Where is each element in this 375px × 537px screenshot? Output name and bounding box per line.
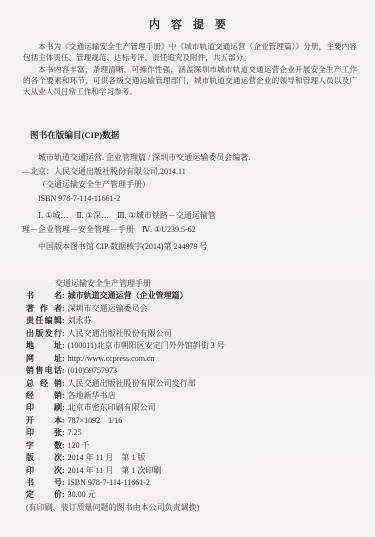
colophon-row-format: 开本:787×1092 1/16	[26, 415, 356, 427]
colophon-label: 责任编辑	[26, 315, 62, 327]
cip-section: 图书在版编目(CIP)数据 城市轨道交通运营. 企业管理篇 / 深圳市交通运输委…	[22, 129, 352, 254]
cip-classification-line-1: Ⅰ. ①城… Ⅱ. ①深… Ⅲ. ①城市铁路－交通运输管	[22, 209, 352, 223]
colophon-row-book-number: 书号:ISBN 978-7-114-11661-2	[26, 477, 356, 489]
colophon-label: 印张	[26, 427, 62, 439]
colophon-row-distributor: 经销:各地新华书店	[26, 390, 356, 402]
colophon-value: (100011)北京市朝阳区安定门外外馆斜街 3 号	[68, 341, 225, 350]
colophon-row-impression: 印次:2014 年 11 月 第 1 次印刷	[26, 465, 356, 477]
colophon-value: 2014 年 11 月 第 1 版	[68, 453, 146, 462]
cip-verification-number: 中国版本图书馆 CIP 数据核字(2014)第 244979 号	[22, 240, 352, 254]
colophon-row-general-distributor: 总经销:人民交通出版社股份有限公司发行部	[26, 378, 356, 390]
colophon-value: 120 千	[68, 441, 90, 450]
cip-title-statement: 城市轨道交通运营. 企业管理篇 / 深圳市交通运输委员会编著.	[22, 151, 352, 165]
colophon-colon: :	[62, 416, 65, 425]
colophon-colon: :	[62, 403, 65, 412]
colophon-colon: :	[62, 466, 65, 475]
colophon-label: 销售电话	[26, 365, 62, 377]
colophon-value: 人民交通出版社股份有限公司发行部	[68, 379, 196, 388]
colophon-label: 定价	[26, 489, 62, 501]
colophon-value: ISBN 978-7-114-11661-2	[68, 478, 150, 487]
colophon-row-printer: 印刷:北京市密东印刷有限公司	[26, 402, 356, 414]
colophon-label: 开本	[26, 415, 62, 427]
colophon-label: 字数	[26, 440, 62, 452]
colophon-colon: :	[62, 453, 65, 462]
colophon-label: 著作者	[26, 303, 62, 315]
colophon-row-sheets: 印张:7.25	[26, 427, 356, 439]
content-summary-heading: 内 容 提 要	[0, 16, 375, 32]
colophon-section: 交通运输安全生产管理手册 书名:城市轨道交通运营（企业管理篇） 著作者:深圳市交…	[26, 278, 356, 515]
colophon-value: 2014 年 11 月 第 1 次印刷	[68, 466, 162, 475]
quality-replacement-notice: (有印刷、装订质量问题的图书由本公司负责调换)	[26, 502, 356, 514]
colophon-colon: :	[62, 441, 65, 450]
summary-paragraph-1: 本书为《交通运输安全生产管理手册》中《城市轨道交通运营（企业管理篇）》分册，主要…	[23, 41, 357, 64]
colophon-colon: :	[62, 291, 65, 300]
colophon-value: 北京市密东印刷有限公司	[68, 403, 156, 412]
colophon-colon: :	[62, 478, 65, 487]
colophon-label: 经销	[26, 390, 62, 402]
colophon-value: 深圳市交通运输委员会	[68, 304, 148, 313]
colophon-colon: :	[62, 341, 65, 350]
series-title: 交通运输安全生产管理手册	[55, 278, 356, 290]
colophon-colon: :	[62, 490, 65, 499]
colophon-row-book-title: 书名:城市轨道交通运营（企业管理篇）	[26, 290, 356, 302]
colophon-value: 刘永芬	[68, 316, 92, 325]
colophon-value: 7.25	[68, 428, 82, 437]
colophon-label: 地址	[26, 340, 62, 352]
colophon-colon: :	[62, 316, 65, 325]
colophon-label: 网址	[26, 353, 62, 365]
colophon-row-price: 定价:30.00 元	[26, 489, 356, 501]
colophon-value: 30.00 元	[68, 490, 96, 499]
content-summary-section: 本书为《交通运输安全生产管理手册》中《城市轨道交通运营（企业管理篇）》分册，主要…	[23, 41, 357, 97]
colophon-value: 人民交通出版社股份有限公司	[68, 329, 172, 338]
cip-isbn-line: ISBN 978-7-114-11661-2	[22, 192, 352, 206]
colophon-label: 总经销	[26, 378, 62, 390]
colophon-colon: :	[62, 329, 65, 338]
colophon-label: 印刷	[26, 402, 62, 414]
cip-series-line: （交通运输安全生产管理手册）	[22, 178, 352, 192]
colophon-row-editor: 责任编辑:刘永芬	[26, 315, 356, 327]
colophon-row-website: 网址:http://www.ccpress.com.cn	[26, 353, 356, 365]
cip-heading: 图书在版编目(CIP)数据	[30, 129, 352, 141]
colophon-row-author: 著作者:深圳市交通运输委员会	[26, 303, 356, 315]
colophon-value: (010)59757973	[68, 366, 117, 375]
summary-paragraph-2: 本书内容丰富，条理清晰，可操作性强，涵盖深圳市城市轨道交通运营企业开展安全生产工…	[23, 64, 357, 98]
colophon-colon: :	[62, 366, 65, 375]
colophon-label: 印次	[26, 465, 62, 477]
cip-publisher-line: —北京：人民交通出版社股份有限公司,2014.11	[22, 165, 352, 179]
colophon-value: 787×1092 1/16	[68, 416, 123, 425]
cip-classification-line-2: 理－企业管理－安全管理－手册 Ⅳ. ①U239.5-62	[22, 223, 352, 237]
colophon-colon: :	[62, 354, 65, 363]
colophon-label: 书名	[26, 290, 62, 302]
colophon-label: 出版发行	[26, 328, 62, 340]
colophon-value: 城市轨道交通运营（企业管理篇）	[68, 291, 188, 300]
colophon-value: 各地新华书店	[68, 391, 116, 400]
colophon-label: 书号	[26, 477, 62, 489]
colophon-row-address: 地址:(100011)北京市朝阳区安定门外外馆斜街 3 号	[26, 340, 356, 352]
book-copyright-page: 内 容 提 要 本书为《交通运输安全生产管理手册》中《城市轨道交通运营（企业管理…	[0, 0, 375, 537]
colophon-colon: :	[62, 379, 65, 388]
colophon-value: http://www.ccpress.com.cn	[68, 354, 155, 363]
colophon-row-publisher: 出版发行:人民交通出版社股份有限公司	[26, 328, 356, 340]
colophon-label: 版次	[26, 452, 62, 464]
colophon-row-sales-phone: 销售电话:(010)59757973	[26, 365, 356, 377]
colophon-colon: :	[62, 304, 65, 313]
colophon-colon: :	[62, 428, 65, 437]
colophon-colon: :	[62, 391, 65, 400]
colophon-row-edition: 版次:2014 年 11 月 第 1 版	[26, 452, 356, 464]
colophon-row-word-count: 字数:120 千	[26, 440, 356, 452]
